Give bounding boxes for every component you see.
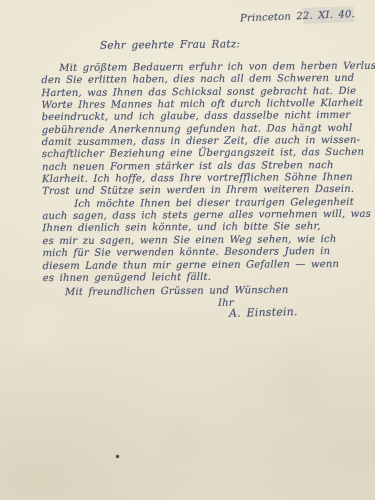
letter-line: es ihnen genügend leicht fällt. bbox=[43, 271, 349, 285]
letter-salutation: Sehr geehrte Frau Ratz: bbox=[100, 38, 240, 51]
letter-line: diesem Lande thun mir gerne einen Gefall… bbox=[43, 258, 349, 272]
einstein-signature: A. Einstein. bbox=[229, 305, 298, 320]
paper-speck bbox=[116, 455, 119, 458]
letter-body: Mit größtem Bedauern erfuhr ich von dem … bbox=[41, 61, 349, 285]
letter-paper: Princeton 22. XI. 40. Sehr geehrte Frau … bbox=[0, 0, 375, 500]
letter-closing: Mit freundlichen Grüssen und Wünschen bbox=[65, 285, 289, 298]
